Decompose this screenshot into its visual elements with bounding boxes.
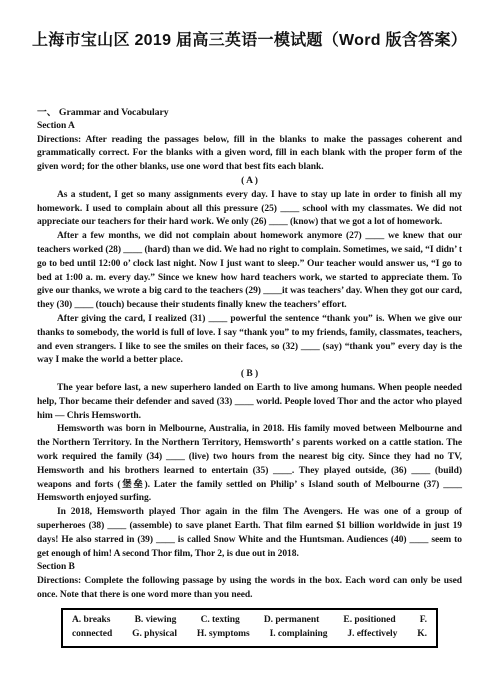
word-bank-item-f-word: connected	[72, 627, 112, 642]
section-b-label: Section B	[37, 561, 462, 575]
word-bank-item-i: I. complaining	[270, 627, 328, 642]
word-bank-item-b: B. viewing	[135, 613, 177, 628]
exam-document-page: 上海市宝山区 2019 届高三英语一模试题（Word 版含答案） 一、 Gram…	[0, 0, 499, 691]
word-bank-item-c: C. texting	[201, 613, 240, 628]
passage-a-paragraph-3: After giving the card, I realized (31) _…	[37, 313, 462, 368]
word-bank-item-j: J. effectively	[347, 627, 397, 642]
word-bank-row-2: connected G. physical H. symptoms I. com…	[72, 627, 427, 642]
word-bank-item-a: A. breaks	[72, 613, 110, 628]
word-bank-item-e: E. positioned	[343, 613, 395, 628]
section-heading-grammar-vocabulary: 一、 Grammar and Vocabulary	[37, 106, 462, 120]
word-bank-box: A. breaks B. viewing C. texting D. perma…	[61, 608, 438, 648]
word-bank-item-d: D. permanent	[264, 613, 319, 628]
passage-b-paragraph-3: In 2018, Hemsworth played Thor again in …	[37, 506, 462, 561]
passage-b-paragraph-1: The year before last, a new superhero la…	[37, 382, 462, 423]
word-bank-item-g: G. physical	[132, 627, 177, 642]
document-title: 上海市宝山区 2019 届高三英语一模试题（Word 版含答案）	[18, 30, 481, 51]
passage-b-paragraph-2: Hemsworth was born in Melbourne, Austral…	[37, 423, 462, 506]
section-a-directions: Directions: After reading the passages b…	[37, 134, 462, 175]
passage-a-paragraph-1: As a student, I get so many assignments …	[37, 189, 462, 230]
word-bank-item-h: H. symptoms	[197, 627, 250, 642]
word-bank-row-1: A. breaks B. viewing C. texting D. perma…	[72, 613, 427, 628]
passage-a-label: ( A )	[37, 175, 462, 189]
passage-a-paragraph-2: After a few months, we did not complain …	[37, 230, 462, 313]
word-bank-item-f-letter: F.	[420, 613, 427, 628]
passage-b-label: ( B )	[37, 368, 462, 382]
section-a-label: Section A	[37, 120, 462, 134]
word-bank-item-k-letter: K.	[417, 627, 427, 642]
document-body: 一、 Grammar and Vocabulary Section A Dire…	[37, 106, 462, 648]
section-b-directions: Directions: Complete the following passa…	[37, 575, 462, 603]
